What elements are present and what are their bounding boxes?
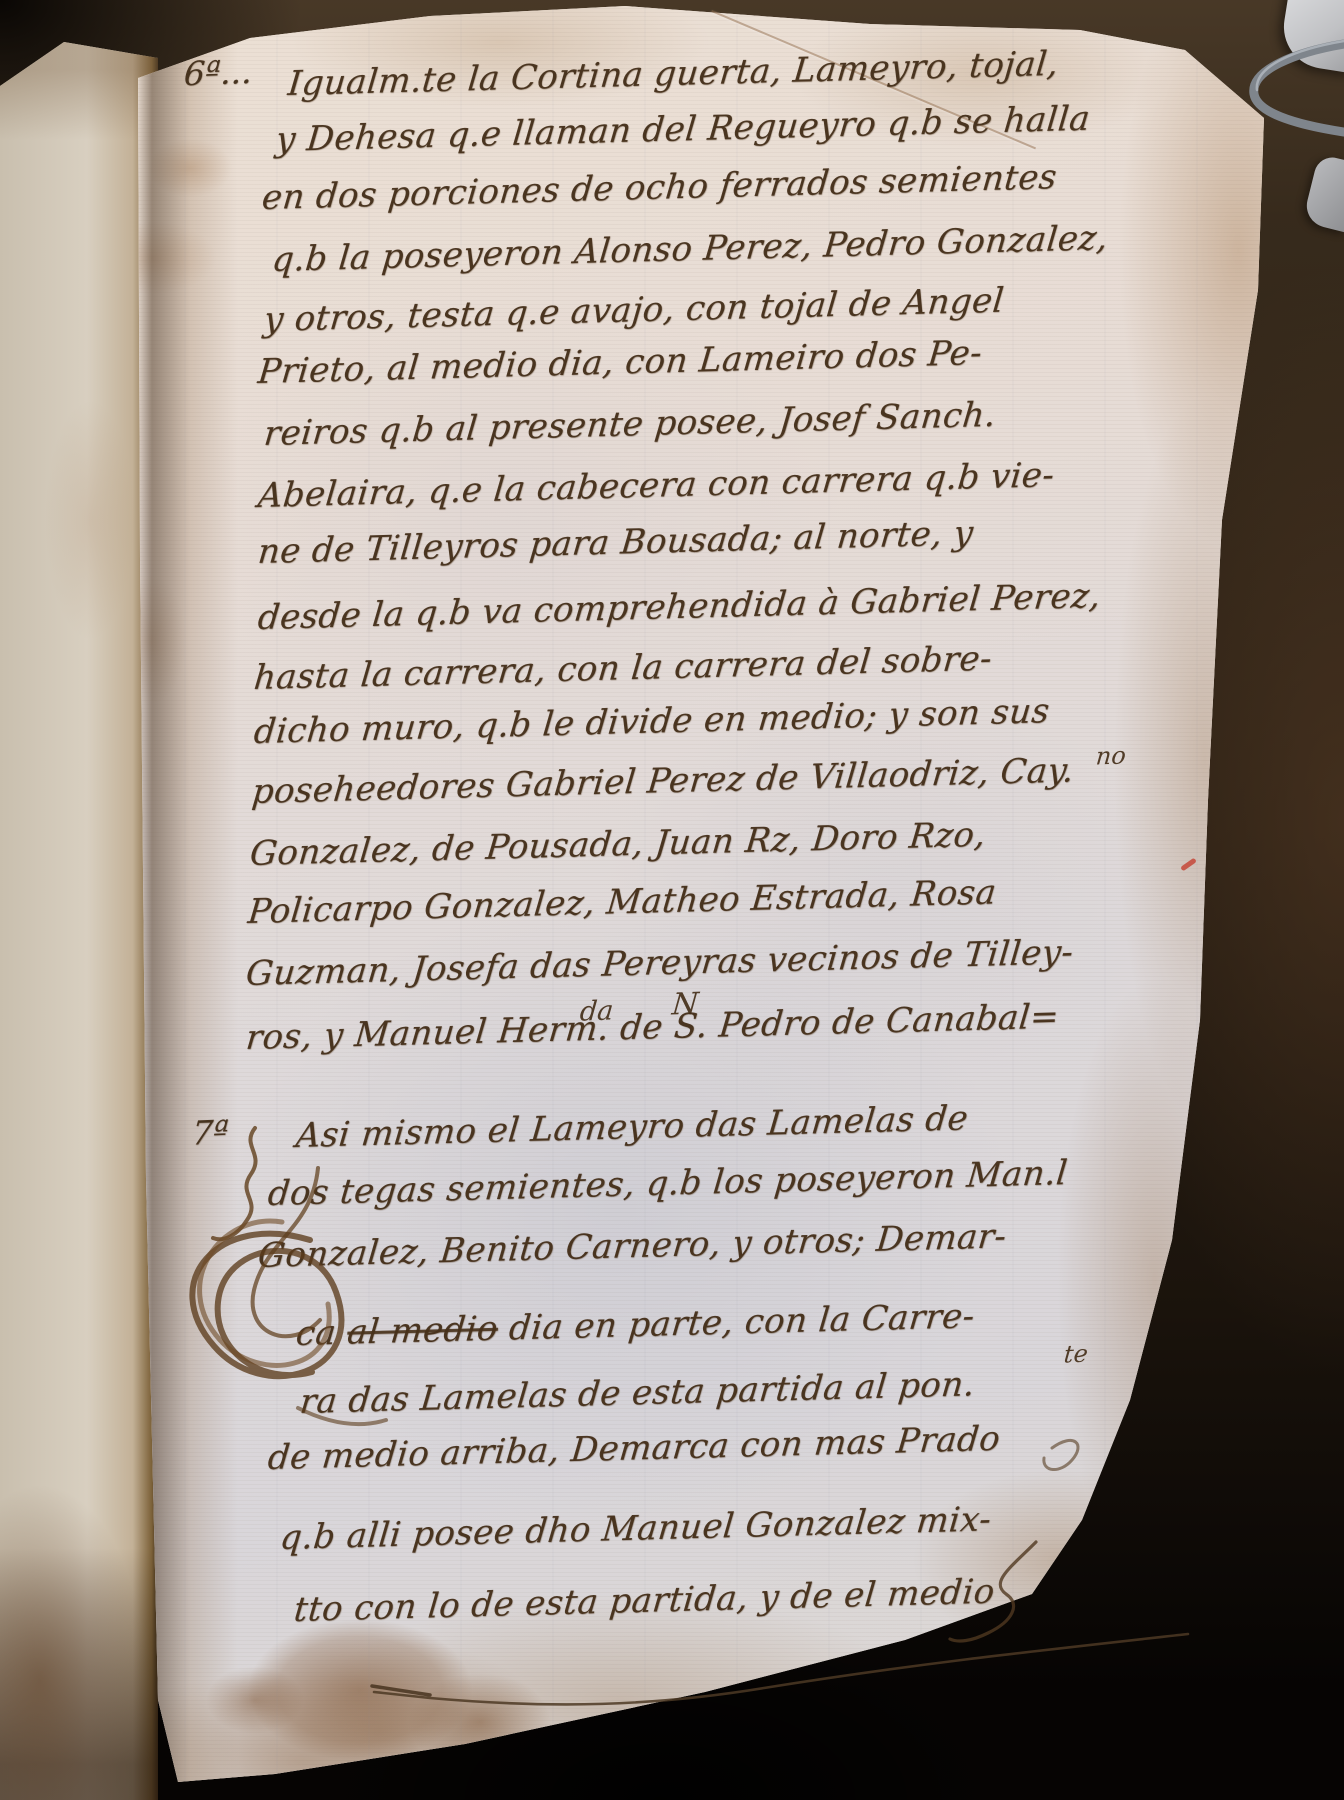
struck-words: al medio (345, 1309, 499, 1353)
superscript-da: da (579, 997, 615, 1025)
facing-page (0, 0, 158, 1800)
superscript-n: N (671, 989, 700, 1020)
manuscript-photo: 6ª... 7ª Igualm.te la Cortina guerta, La… (0, 0, 1344, 1800)
superscript-no: no (1095, 743, 1127, 768)
superscript-te: te (1063, 1342, 1089, 1367)
margin-item-6: 6ª... (183, 55, 253, 90)
line-21-pre: ca (294, 1313, 349, 1354)
margin-item-7: 7ª (191, 1115, 230, 1149)
cable (1184, 0, 1344, 170)
